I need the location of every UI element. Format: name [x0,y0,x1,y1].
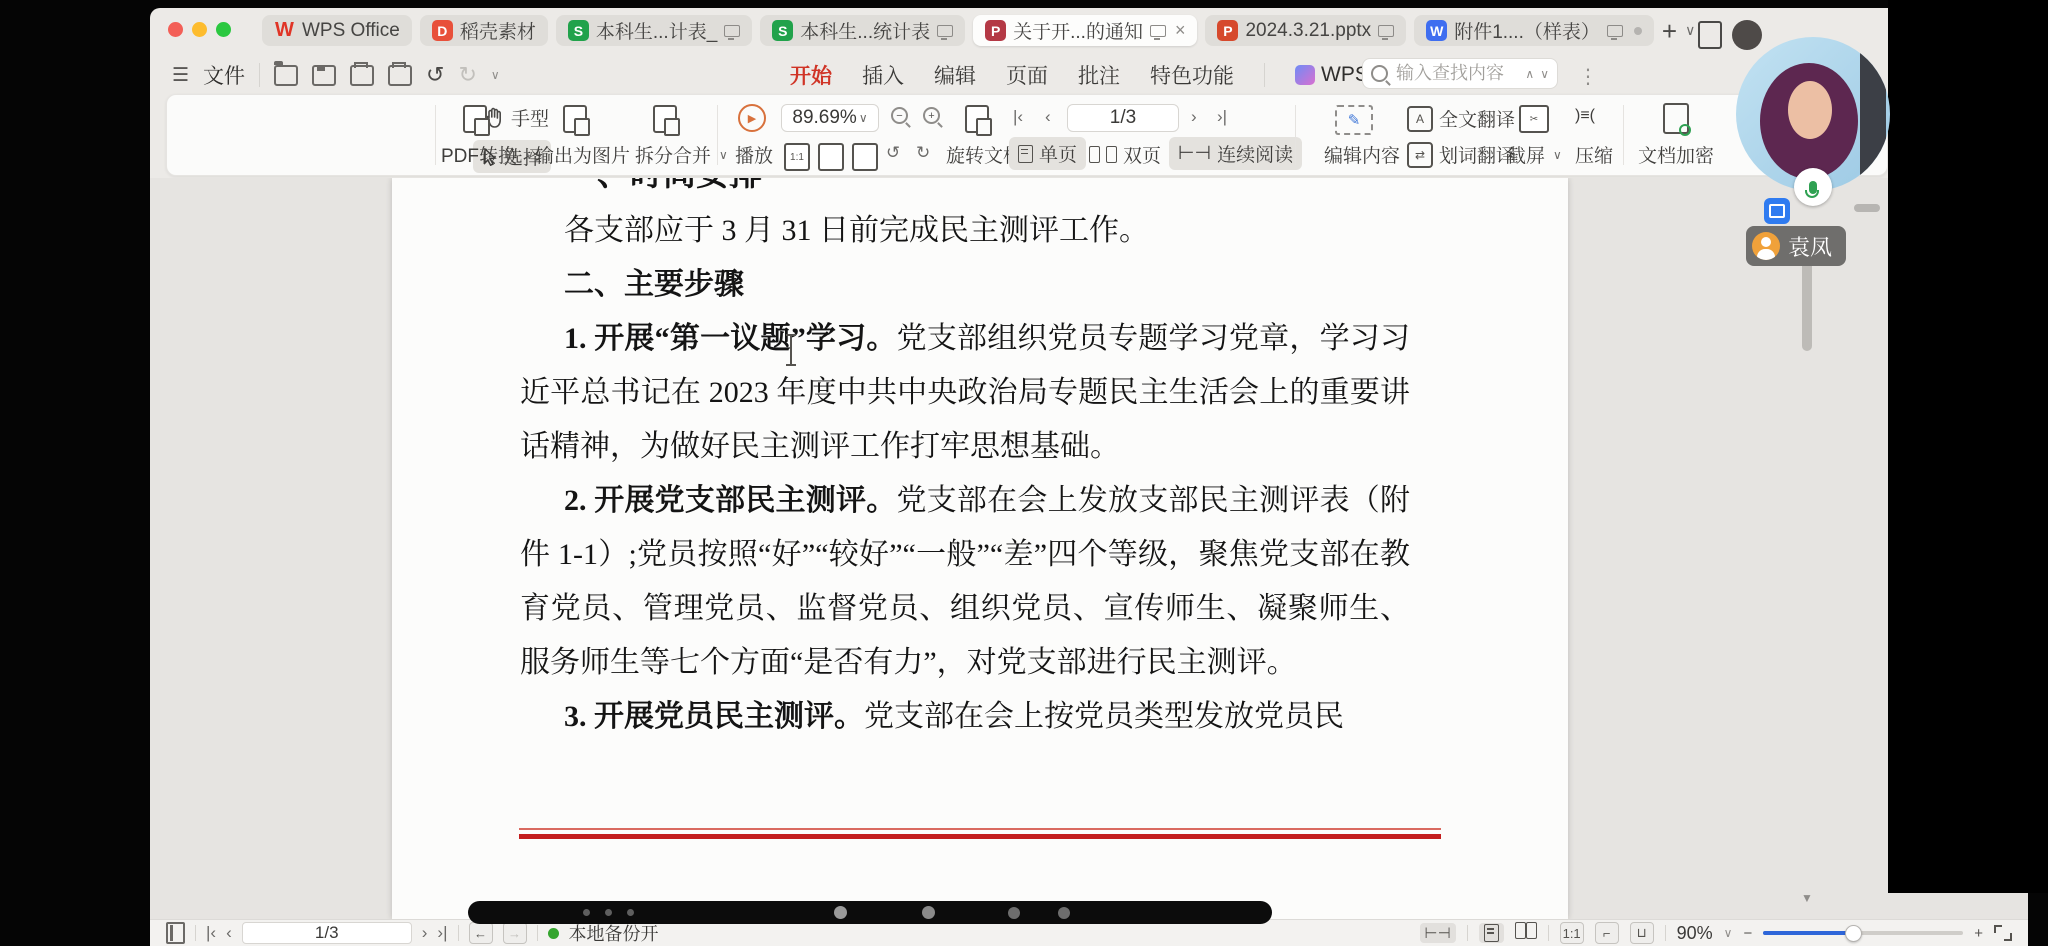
share-bar-dot [583,909,590,916]
close-tab-icon[interactable]: × [1175,20,1186,41]
double-page-icon [1515,922,1526,939]
wps-ai-icon [1295,65,1315,85]
fullscreen-icon[interactable] [1994,925,2012,941]
split-merge-button[interactable]: 拆分合并∨ [635,141,728,168]
doc-text-bold: 3. 开展党员民主测评。 [564,700,864,733]
status-right-group: ⊢⊣ 1:1 ⌐ ⊔ 90% ∨ − + [1420,922,2013,944]
menu-left-group: ☰ 文件 ↺ ↻ ∨ [172,60,500,90]
open-file-icon[interactable] [274,65,298,86]
first-page-button[interactable]: |‹ [1013,107,1023,127]
hand-tool-label: 手型 [511,104,549,131]
vertical-scrollbar[interactable]: ▲ ▼ [1798,178,1816,919]
rotate-left-icon: ↺ [886,143,900,163]
tab-special-features[interactable]: 特色功能 [1150,60,1234,90]
divider [1295,105,1296,165]
compress-label: 压缩 [1575,141,1613,168]
page-number-box[interactable]: 1/3 [1067,104,1179,132]
tab-page[interactable]: 页面 [1006,60,1048,90]
doc-text: 二、主要步骤 [564,268,744,301]
screenshot-label: 截屏 [1507,141,1545,168]
prev-page-icon[interactable]: ‹ [226,923,232,943]
tab-wps-office[interactable]: W WPS Office [262,15,412,46]
tab-edit[interactable]: 编辑 [934,60,976,90]
zoom-slider-knob[interactable] [1845,925,1862,942]
actual-size-icon: 1:1 [784,143,810,171]
meeting-app-badge[interactable] [1764,198,1790,224]
pdf-convert-button[interactable]: PDF转换∨ [441,141,534,168]
search-box: ∧ ∨ [1362,58,1558,89]
document-page[interactable]: 一、时间安排 各支部应于 3 月 31 日前完成民主测评工作。 二、主要步骤 1… [392,178,1568,919]
tab-label: 本科生...计表_ [596,17,717,44]
divider [1623,105,1624,165]
chevron-down-icon[interactable]: ∨ [491,68,500,82]
zoom-in-icon: + [923,107,940,124]
text-cursor [790,334,792,366]
red-rule-thin [519,828,1441,830]
search-next-icon[interactable]: ∨ [1540,67,1549,81]
search-input[interactable] [1394,62,1519,85]
tab-label: 稻壳素材 [460,17,536,44]
continuous-read-button[interactable]: ⊢⊣ 连续阅读 [1169,137,1302,170]
tab-insert[interactable]: 插入 [862,60,904,90]
screenshot-icon: ✂ [1519,105,1549,133]
screen-share-bar[interactable] [468,901,1272,924]
status-page-value: 1/3 [315,923,339,943]
fit-page-button[interactable] [818,143,844,171]
layout-switch-icon[interactable] [1698,21,1722,49]
zoom-window-button[interactable] [216,22,231,37]
continuous-read-label: 连续阅读 [1217,140,1293,167]
screen: W WPS Office D 稻壳素材 S 本科生...计表_ S 本科生...… [0,0,2048,946]
continuous-read-icon: ⊢⊣ [1425,924,1451,942]
participant-name: 袁凤 [1788,231,1832,262]
forward-button[interactable]: → [503,922,527,944]
tab-bar: W WPS Office D 稻壳素材 S 本科生...计表_ S 本科生...… [150,8,2028,50]
zoom-in-button[interactable]: + [1974,925,1983,942]
hamburger-icon[interactable]: ☰ [172,64,189,87]
meeting-app-icon [1769,204,1785,218]
actual-size-button[interactable]: 1:1 [784,143,810,171]
share-bar-dot [1058,907,1070,919]
encrypt-icon [1663,103,1689,134]
tab-home[interactable]: 开始 [790,60,832,90]
microphone-icon [1809,181,1817,194]
divider [1665,925,1666,941]
spreadsheet-icon: S [568,20,589,41]
print-icon[interactable] [350,65,374,86]
zoom-chevron-icon[interactable]: ∨ [1724,926,1733,940]
share-bar-dot [1008,907,1020,919]
undo-icon[interactable]: ↺ [426,62,444,88]
new-tab-button[interactable]: + [1662,19,1677,43]
compress-button[interactable]: 压缩 [1575,141,1613,168]
pdf-convert-label: PDF转换 [441,141,517,168]
edit-content-icon: ✎ [1335,105,1373,135]
monitor-icon [724,25,740,37]
last-page-button[interactable]: ›| [1217,107,1227,127]
hand-tool-button[interactable]: 手型 [485,104,549,131]
single-page-label: 单页 [1039,140,1077,167]
tab-notice-pdf[interactable]: P 关于开...的通知 × [973,15,1197,46]
encrypt-label: 文档加密 [1638,141,1714,168]
divider [1467,925,1468,941]
encrypt-button[interactable]: 文档加密 [1638,141,1714,168]
scrollbar-thumb[interactable] [1802,255,1812,351]
docer-icon: D [432,20,453,41]
redo-icon[interactable]: ↻ [458,62,476,88]
backup-status-icon [548,928,559,939]
chevron-down-icon: ∨ [859,111,868,125]
status-page-box[interactable]: 1/3 [242,922,412,944]
minimize-overlay-button[interactable] [1854,204,1880,212]
single-page-icon [1484,924,1499,942]
doc-text: 各支部应于 3 月 31 日前完成民主测评工作。 [564,214,1149,247]
unsaved-dot [1634,27,1642,35]
zoom-in-button[interactable]: + [923,107,940,124]
wps-logo-icon: W [274,20,295,41]
ribbon-tabs: 开始 插入 编辑 页面 批注 特色功能 WPS AI [790,60,1393,90]
rotate-left-button[interactable]: ↺ [886,143,900,163]
participant-avatar [1752,232,1780,260]
file-menu[interactable]: 文件 [203,60,245,90]
pdf-icon: P [985,20,1006,41]
share-bar-dot [922,906,935,919]
split-merge-icon [653,105,677,133]
first-page-icon[interactable]: |‹ [206,923,216,943]
full-translate-button[interactable]: A 全文翻译 [1407,105,1515,132]
monitor-icon [937,25,953,37]
zoom-dropdown[interactable]: 89.69% ∨ [781,104,879,132]
document-tabs: W WPS Office D 稻壳素材 S 本科生...计表_ S 本科生...… [262,15,1695,46]
share-bar-dot [605,909,612,916]
compress-icon: )≡( [1575,107,1595,125]
tab-label: 附件1....（样表） [1454,17,1600,44]
fit-page-icon [818,143,844,171]
single-page-button[interactable]: 单页 [1009,137,1086,170]
share-bar-dot [627,909,634,916]
doc-heading-1: 一、时间安排 [520,178,1410,204]
divider [435,105,436,165]
divider [717,105,718,165]
tab-label: 关于开...的通知 [1013,17,1143,44]
doc-paragraph: 1. 开展“第一议题”学习。党支部组织党员专题学习党章，学习习近平总书记在 20… [520,312,1410,474]
pdf-convert-icon [463,105,487,133]
more-options-icon[interactable]: ⋮ [1578,64,1598,89]
export-image-label: 输出为图片 [535,141,630,168]
chevron-down-icon: ∨ [1553,148,1562,162]
mic-status-badge[interactable] [1794,168,1832,206]
meeting-panel-background [1888,0,2048,893]
rotate-doc-icon[interactable] [965,105,989,133]
play-label: 播放 [735,141,773,168]
search-prev-icon[interactable]: ∧ [1525,67,1534,81]
participant-face [1788,81,1832,139]
double-page-label: 双页 [1123,141,1161,168]
participant-name-tag: 袁凤 [1746,226,1846,266]
window-corner-icons [1698,20,1762,50]
search-icon [1371,65,1388,82]
tab-label: 2024.3.21.pptx [1245,20,1371,42]
scroll-down-icon[interactable]: ▼ [1801,891,1813,905]
zoom-out-icon: − [891,107,908,124]
word-translate-label: 划词翻译 [1439,141,1515,168]
share-bar-dot [834,906,847,919]
zoom-slider-fill [1763,931,1853,935]
prev-page-button[interactable]: ‹ [1045,107,1051,127]
tab-pptx[interactable]: P 2024.3.21.pptx [1205,15,1406,46]
tab-list-chevron-icon[interactable]: ∨ [1685,22,1695,39]
double-page-button[interactable]: 双页∨ [1089,141,1178,168]
fit-page-button[interactable]: ⌐ [1595,922,1619,944]
red-rule-thick [519,834,1441,839]
document-content: 一、时间安排 各支部应于 3 月 31 日前完成民主测评工作。 二、主要步骤 1… [520,178,1410,744]
doc-text: 党支部在会上按党员类型发放党员民 [864,700,1344,733]
zoom-out-button[interactable]: − [891,107,908,124]
back-button[interactable]: ← [469,922,493,944]
divider [537,925,538,941]
tab-attachment-word[interactable]: W 附件1....（样表） [1414,15,1654,46]
chevron-down-icon: ∨ [525,148,534,162]
play-button[interactable]: ▶ [738,104,766,132]
zoom-out-button[interactable]: − [1743,925,1752,942]
rotate-right-icon: ↻ [916,143,930,163]
traffic-lights [168,22,231,37]
divider [259,63,260,87]
print-preview-icon[interactable] [388,65,412,86]
tab-comment[interactable]: 批注 [1078,60,1120,90]
rotate-right-button[interactable]: ↻ [916,143,930,163]
export-image-icon [563,105,587,133]
edit-content-label: 编辑内容 [1324,141,1400,168]
divider [458,925,459,941]
continuous-read-toggle[interactable]: ⊢⊣ [1420,923,1456,943]
spreadsheet-icon: S [772,20,793,41]
doc-heading-2: 二、主要步骤 [520,258,1410,312]
word-translate-icon: ⇄ [1407,142,1433,168]
toolbar: 手型 选择 PDF转换∨ 输出为图片 拆分合并∨ ▶ [166,94,1888,176]
fit-width-icon [852,143,878,171]
edit-content-button[interactable]: 编辑内容 [1324,141,1400,168]
single-page-toggle[interactable] [1479,923,1504,943]
fit-width-button[interactable] [852,143,878,171]
status-zoom-value[interactable]: 90% [1677,923,1713,944]
chevron-down-icon: ∨ [719,148,728,162]
zoom-value: 89.69% [792,107,856,129]
continuous-read-icon: ⊢⊣ [1178,142,1211,165]
word-icon: W [1426,20,1447,41]
monitor-icon [1150,25,1166,37]
translate-icon: A [1407,106,1433,132]
save-icon[interactable] [312,65,336,86]
divider [1548,925,1549,941]
tab-sheet-1[interactable]: S 本科生...计表_ [556,15,752,46]
close-window-button[interactable] [168,22,183,37]
monitor-icon [1378,25,1394,37]
tab-docer[interactable]: D 稻壳素材 [420,15,548,46]
document-area: 一、时间安排 各支部应于 3 月 31 日前完成民主测评工作。 二、主要步骤 1… [150,178,2028,919]
sidebar-toggle-icon[interactable] [166,922,185,944]
doc-paragraph: 3. 开展党员民主测评。党支部在会上按党员类型发放党员民 [520,690,1410,744]
tab-label: 本科生...统计表 [800,17,930,44]
single-page-icon [1018,145,1033,163]
last-page-icon[interactable]: ›| [437,923,447,943]
page-number-value: 1/3 [1110,107,1136,129]
video-background-band [1860,37,1886,191]
doc-paragraph: 2. 开展党支部民主测评。党支部在会上发放支部民主测评表（附件 1-1）;党员按… [520,474,1410,690]
double-page-icon [1089,146,1100,163]
double-page-icon [1106,146,1117,163]
screenshot-button[interactable]: 截屏∨ [1507,141,1562,168]
play-icon: ▶ [738,104,766,132]
doc-text-bold: 2. 开展党支部民主测评。 [564,484,896,517]
split-merge-label: 拆分合并 [635,141,711,168]
fit-width-button[interactable]: ⊔ [1630,922,1654,944]
full-translate-label: 全文翻译 [1439,105,1515,132]
divider [195,925,196,941]
doc-paragraph: 各支部应于 3 月 31 日前完成民主测评工作。 [520,204,1410,258]
ppt-icon: P [1217,20,1238,41]
divider [1264,63,1265,87]
tab-sheet-2[interactable]: S 本科生...统计表 [760,15,965,46]
export-image-button[interactable]: 输出为图片 [535,141,630,168]
clipped-heading-wrapper: 一、时间安排 [520,178,1410,204]
next-page-button[interactable]: › [1191,107,1197,127]
double-page-icon [1526,922,1537,939]
minimize-window-button[interactable] [192,22,207,37]
zoom-slider[interactable] [1763,931,1963,935]
doc-text-bold: 1. 开展“第一议题”学习。 [564,322,897,355]
play-label-button[interactable]: 播放 [735,141,773,168]
double-page-toggle[interactable] [1515,922,1537,944]
actual-size-button[interactable]: 1:1 [1560,922,1584,944]
word-translate-button[interactable]: ⇄ 划词翻译 [1407,141,1515,168]
account-avatar[interactable] [1732,20,1762,50]
tab-label: WPS Office [302,20,400,42]
monitor-icon [1607,25,1623,37]
next-page-icon[interactable]: › [422,923,428,943]
